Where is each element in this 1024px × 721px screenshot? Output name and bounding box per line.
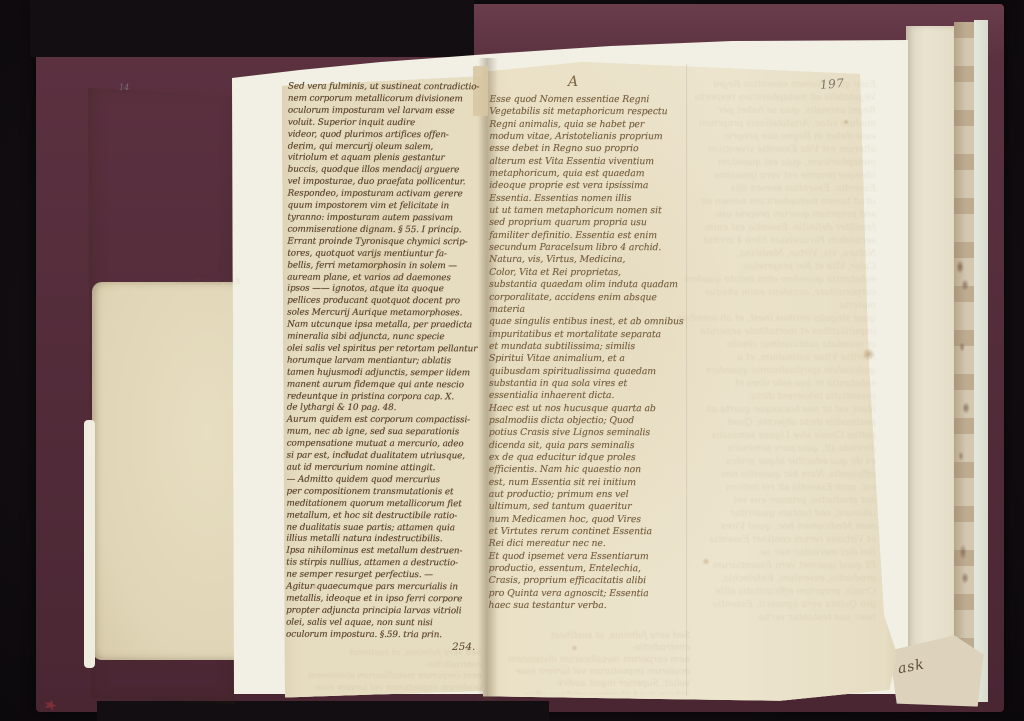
interleaf-sliver [84, 420, 95, 668]
right-page-text: Esse quod Nomen essentiae Regni Vegetabi… [489, 94, 694, 613]
left-page-number: 254. [452, 641, 475, 653]
under-page-fragment: ask [897, 656, 927, 677]
manuscript-photo: ask Esse quod Nomen essentiae Regni Vege… [0, 0, 1024, 721]
show-through-text: Esse quod Nomen essentiae Regni Vegetabi… [148, 276, 240, 288]
show-through-text: Esse quod Nomen essentiae Regni Vegetabi… [676, 78, 876, 638]
folio-number: 197 [819, 76, 845, 92]
shadow-bottom-center [97, 701, 549, 721]
right-page-heading: A [568, 74, 578, 90]
right-page-edge-pale [974, 20, 988, 702]
edge-pencil-mark: 14 [119, 83, 129, 92]
shadow-top-left [30, 0, 474, 57]
right-page-edge-cream [906, 26, 954, 702]
left-page-text: Sed vera fulminis, ut sustineat contradi… [286, 82, 493, 642]
right-page-edge-stained [954, 22, 974, 702]
show-through-text: Sed vera fulminis, ut sustineat contradi… [500, 630, 690, 694]
show-through-text: Sed vera fulminis, ut sustineat contradi… [292, 648, 482, 696]
